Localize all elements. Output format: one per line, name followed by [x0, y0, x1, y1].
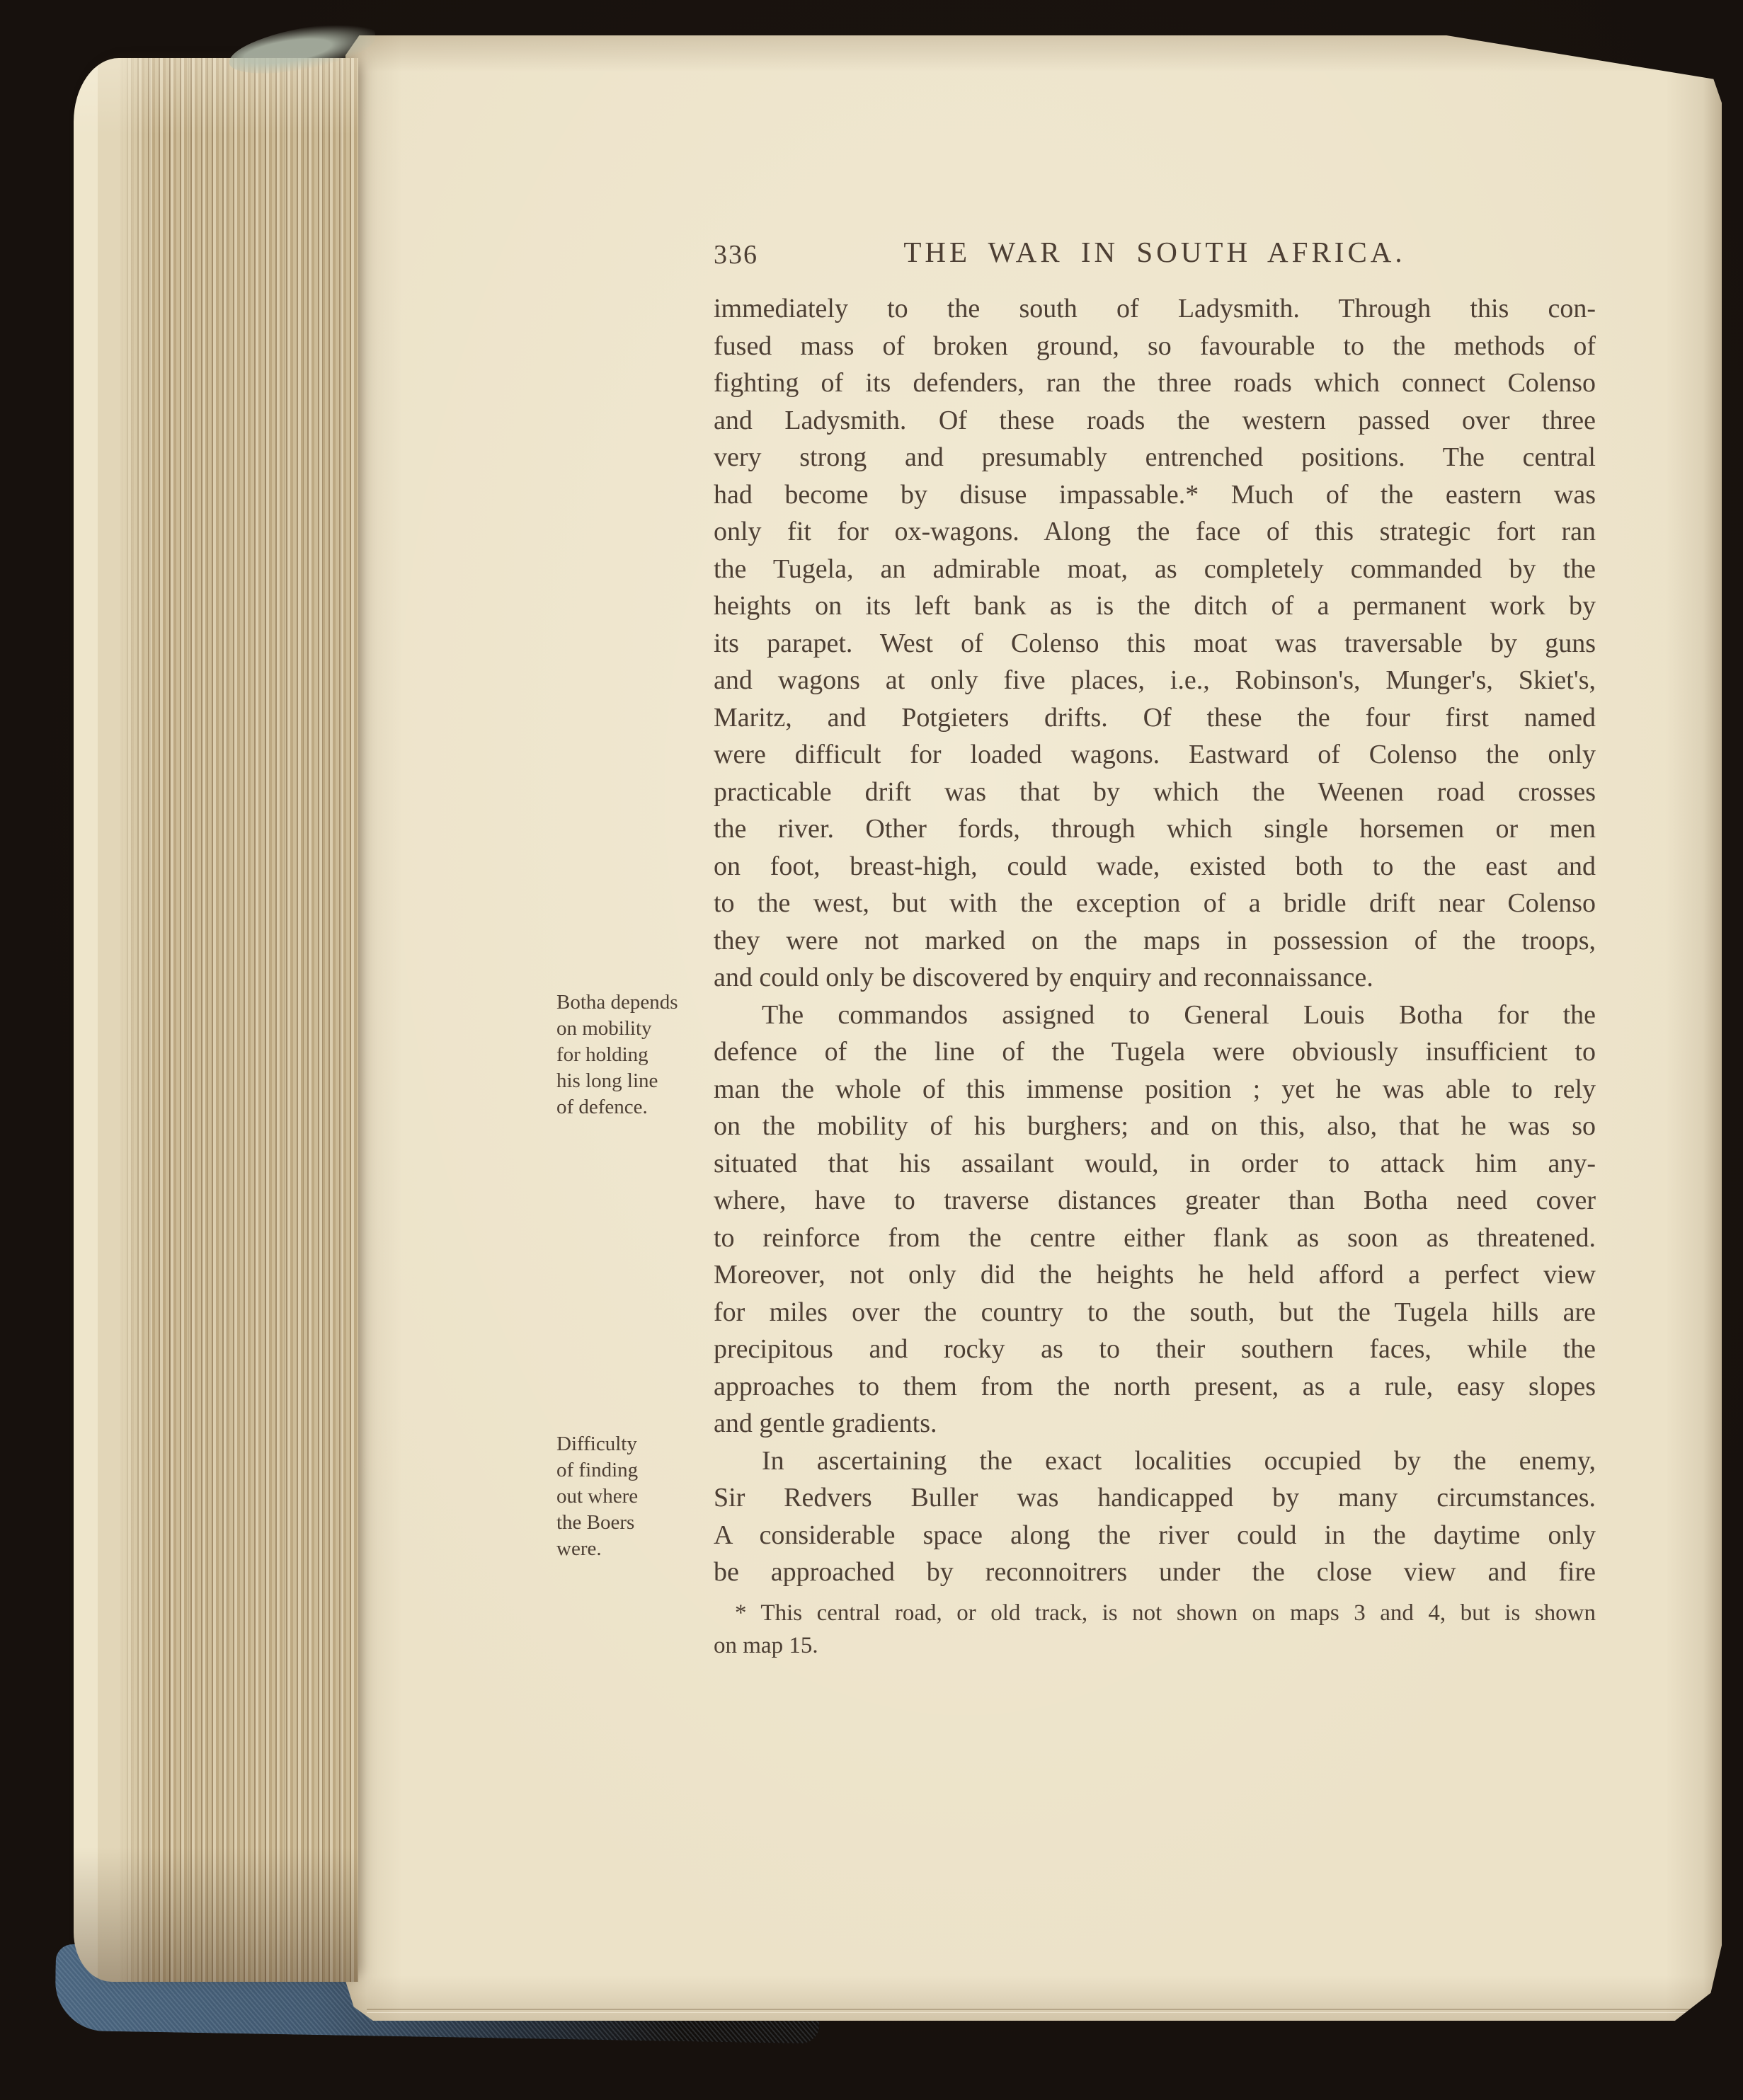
margin-note-line: for holding [556, 1042, 704, 1068]
body-line: its parapet. West of Colenso this moat w… [714, 625, 1596, 662]
body-line: approaches to them from the north presen… [714, 1368, 1596, 1406]
body-line: on the mobility of his burghers; and on … [714, 1108, 1596, 1145]
page-bottom-crease [367, 2009, 1691, 2013]
body-line: for miles over the country to the south,… [714, 1294, 1596, 1331]
next-page-edge [1725, 71, 1743, 1990]
margin-note-line: of finding [556, 1457, 704, 1484]
body-line: only fit for ox-wagons. Along the face o… [714, 513, 1596, 551]
footnote: * This central road, or old track, is no… [714, 1597, 1596, 1662]
body-line: immediately to the south of Ladysmith. T… [714, 290, 1596, 328]
body-line: be approached by reconnoitrers under the… [714, 1554, 1596, 1591]
page-number: 336 [714, 239, 758, 270]
body-line: to the west, but with the exception of a… [714, 885, 1596, 922]
body-line: had become by disuse impassable.* Much o… [714, 476, 1596, 514]
body-line: and gentle gradients. [714, 1405, 1596, 1442]
margin-note-line: out where [556, 1484, 704, 1510]
body-line: and wagons at only five places, i.e., Ro… [714, 662, 1596, 699]
margin-note-botha: Botha dependson mobilityfor holdinghis l… [556, 989, 704, 1120]
book-page: 336 THE WAR IN SOUTH AFRICA. immediately… [345, 35, 1722, 2021]
margin-note-line: of defence. [556, 1094, 704, 1120]
body-line: heights on its left bank as is the ditch… [714, 587, 1596, 625]
body-line: practicable drift was that by which the … [714, 774, 1596, 811]
page-stack-fore-edge [74, 58, 358, 1982]
margin-note-line: Difficulty [556, 1431, 704, 1457]
body-line: the river. Other fords, through which si… [714, 810, 1596, 848]
footnote-line: * This central road, or old track, is no… [714, 1597, 1596, 1629]
body-line: where, have to traverse distances greate… [714, 1182, 1596, 1220]
footnote-line: on map 15. [714, 1629, 1596, 1662]
margin-note-line: were. [556, 1536, 704, 1562]
book-scan-scene: 336 THE WAR IN SOUTH AFRICA. immediately… [0, 0, 1743, 2100]
body-line: and Ladysmith. Of these roads the wester… [714, 402, 1596, 440]
body-line: In ascertaining the exact localities occ… [714, 1442, 1596, 1480]
body-line: were difficult for loaded wagons. Eastwa… [714, 736, 1596, 774]
margin-note-line: his long line [556, 1068, 704, 1094]
body-line: precipitous and rocky as to their southe… [714, 1331, 1596, 1368]
body-line: the Tugela, an admirable moat, as comple… [714, 551, 1596, 588]
body-line: and could only be discovered by enquiry … [714, 959, 1596, 997]
body-text: immediately to the south of Ladysmith. T… [714, 290, 1596, 1591]
body-line: Maritz, and Potgieters drifts. Of these … [714, 699, 1596, 737]
body-line: fused mass of broken ground, so favourab… [714, 328, 1596, 365]
margin-note-line: the Boers [556, 1510, 704, 1536]
margin-note-line: on mobility [556, 1016, 704, 1042]
body-line: fighting of its defenders, ran the three… [714, 365, 1596, 402]
body-line: they were not marked on the maps in poss… [714, 922, 1596, 960]
margin-note-line: Botha depends [556, 989, 704, 1016]
body-line: man the whole of this immense position ;… [714, 1071, 1596, 1108]
body-line: The commandos assigned to General Louis … [714, 997, 1596, 1034]
body-line: on foot, breast-high, could wade, existe… [714, 848, 1596, 885]
margin-note-difficulty: Difficultyof findingout wherethe Boerswe… [556, 1431, 704, 1562]
body-line: Sir Redvers Buller was handicapped by ma… [714, 1479, 1596, 1517]
body-line: situated that his assailant would, in or… [714, 1145, 1596, 1183]
body-line: very strong and presumably entrenched po… [714, 439, 1596, 476]
page-header: 336 THE WAR IN SOUTH AFRICA. [714, 235, 1596, 275]
body-line: to reinforce from the centre either flan… [714, 1220, 1596, 1257]
running-title: THE WAR IN SOUTH AFRICA. [714, 235, 1596, 269]
body-line: A considerable space along the river cou… [714, 1517, 1596, 1554]
body-line: Moreover, not only did the heights he he… [714, 1256, 1596, 1294]
body-line: defence of the line of the Tugela were o… [714, 1033, 1596, 1071]
